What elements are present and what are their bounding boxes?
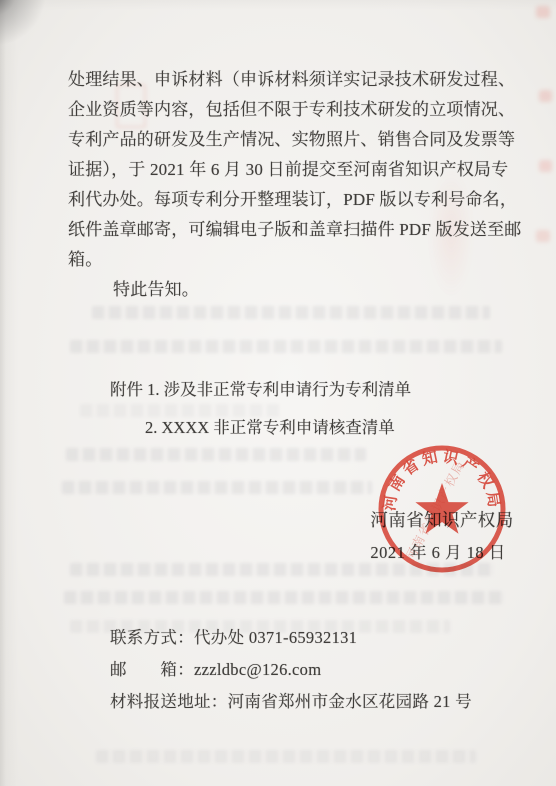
red-bleed-mark (536, 230, 550, 242)
bleed-through-text (64, 591, 504, 604)
bleed-through-text (96, 750, 476, 763)
contact-info: 联系方式：代办处 0371-65932131 邮 箱：zzzldbc@126.c… (110, 622, 472, 718)
bleed-through-text (66, 448, 366, 461)
body-line: 处理结果、申诉材料（申诉材料须详实记录技术研发过程、 (68, 65, 512, 95)
body-line: 利代办处。每项专利分开整理装订，PDF 版以专利号命名， (68, 185, 512, 215)
bleed-through-text (70, 340, 502, 353)
attachment-line-1: 附件 1. 涉及非正常专利申请行为专利清单 (110, 376, 411, 400)
closing-phrase: 特此告知。 (68, 275, 512, 305)
attachment-line-2: 2. XXXX 非正常专利申请核查清单 (145, 414, 395, 438)
contact-email: 邮 箱：zzzldbc@126.com (110, 654, 472, 686)
contact-phone: 联系方式：代办处 0371-65932131 (110, 622, 472, 654)
body-line: 专利产品的研发及生产情况、实物照片、销售合同及发票等 (68, 125, 512, 155)
red-bleed-mark (536, 6, 550, 18)
body-line: 证据），于 2021 年 6 月 30 日前提交至河南省知识产权局专 (68, 155, 512, 185)
body-line: 箱。 (68, 245, 512, 275)
body-line: 企业资质等内容，包括但不限于专利技术研发的立项情况、 (68, 95, 512, 125)
official-seal: 河南省知识产权局 河南省知识产权局 (367, 434, 517, 584)
contact-address: 材料报送地址：河南省郑州市金水区花园路 21 号 (110, 686, 472, 718)
bleed-through-text (62, 481, 372, 494)
scanned-document-page: 处理结果、申诉材料（申诉材料须详实记录技术研发过程、 企业资质等内容，包括但不限… (0, 0, 556, 786)
body-line: 纸件盖章邮寄，可编辑电子版和盖章扫描件 PDF 版发送至邮 (68, 215, 512, 245)
body-paragraph: 处理结果、申诉材料（申诉材料须详实记录技术研发过程、 企业资质等内容，包括但不限… (68, 65, 512, 305)
red-bleed-mark (539, 160, 552, 172)
bleed-through-text (92, 306, 490, 319)
red-bleed-mark (539, 90, 552, 102)
